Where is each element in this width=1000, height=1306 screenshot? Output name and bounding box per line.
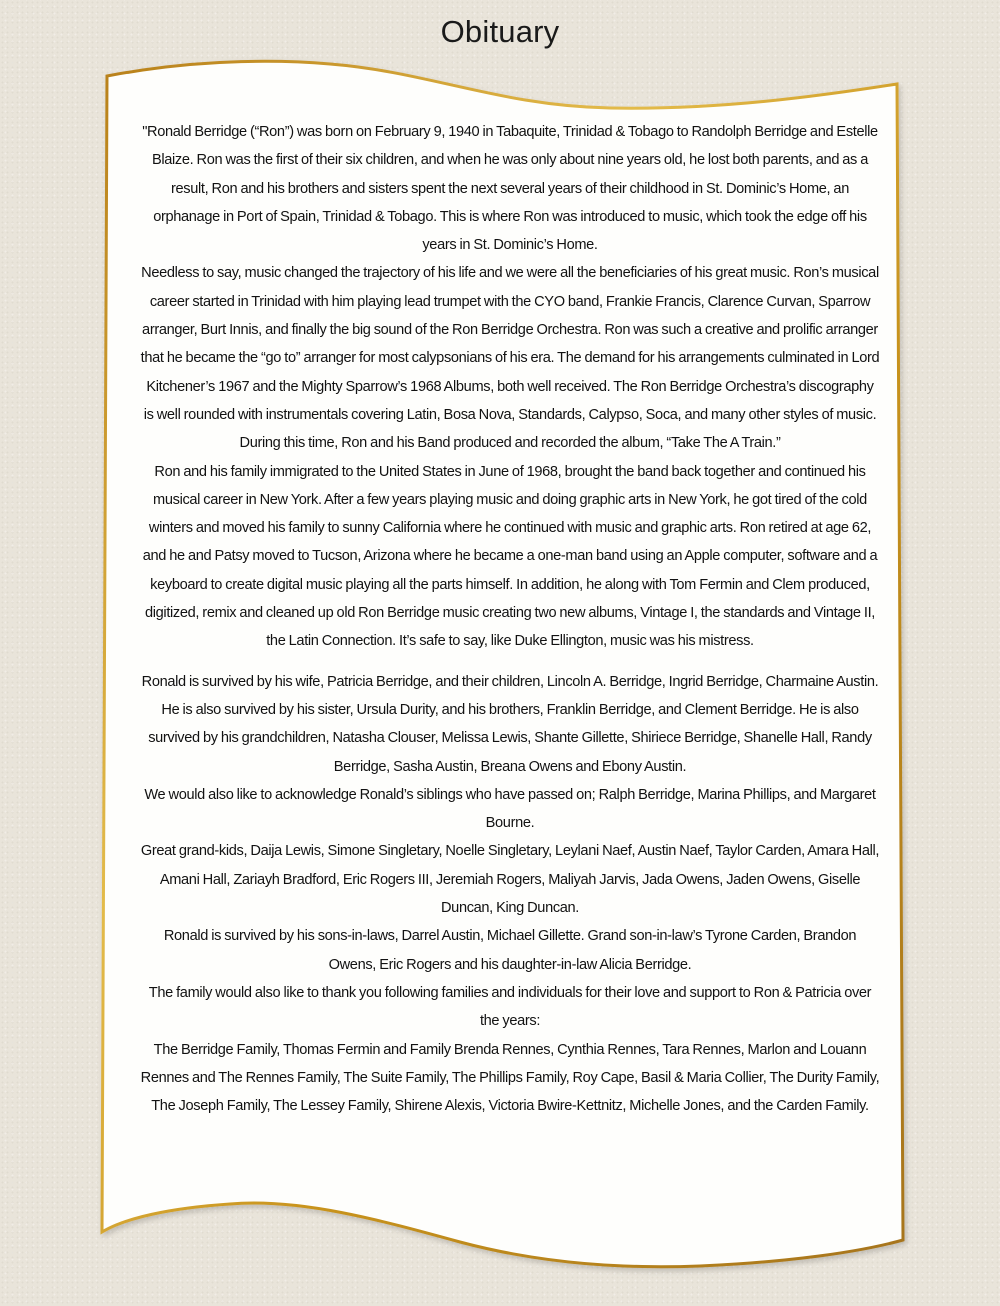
paragraph-thanks-list: The Berridge Family, Thomas Fermin and F… [140,1036,880,1121]
paragraph-musical-career: Needless to say, music changed the traje… [140,259,880,457]
paragraph-great-grandkids: Great grand-kids, Daija Lewis, Simone Si… [140,837,880,922]
paragraph-in-laws: Ronald is survived by his sons-in-laws, … [140,922,880,979]
paragraph-thanks-intro: The family would also like to thank you … [140,979,880,1036]
paragraph-early-life: "Ronald Berridge (“Ron”) was born on Feb… [140,118,880,259]
paragraph-siblings-passed: We would also like to acknowledge Ronald… [140,781,880,838]
paragraph-survivors: Ronald is survived by his wife, Patricia… [140,668,880,781]
paragraph-united-states: Ron and his family immigrated to the Uni… [140,458,880,656]
obituary-body: "Ronald Berridge (“Ron”) was born on Feb… [140,118,880,1120]
